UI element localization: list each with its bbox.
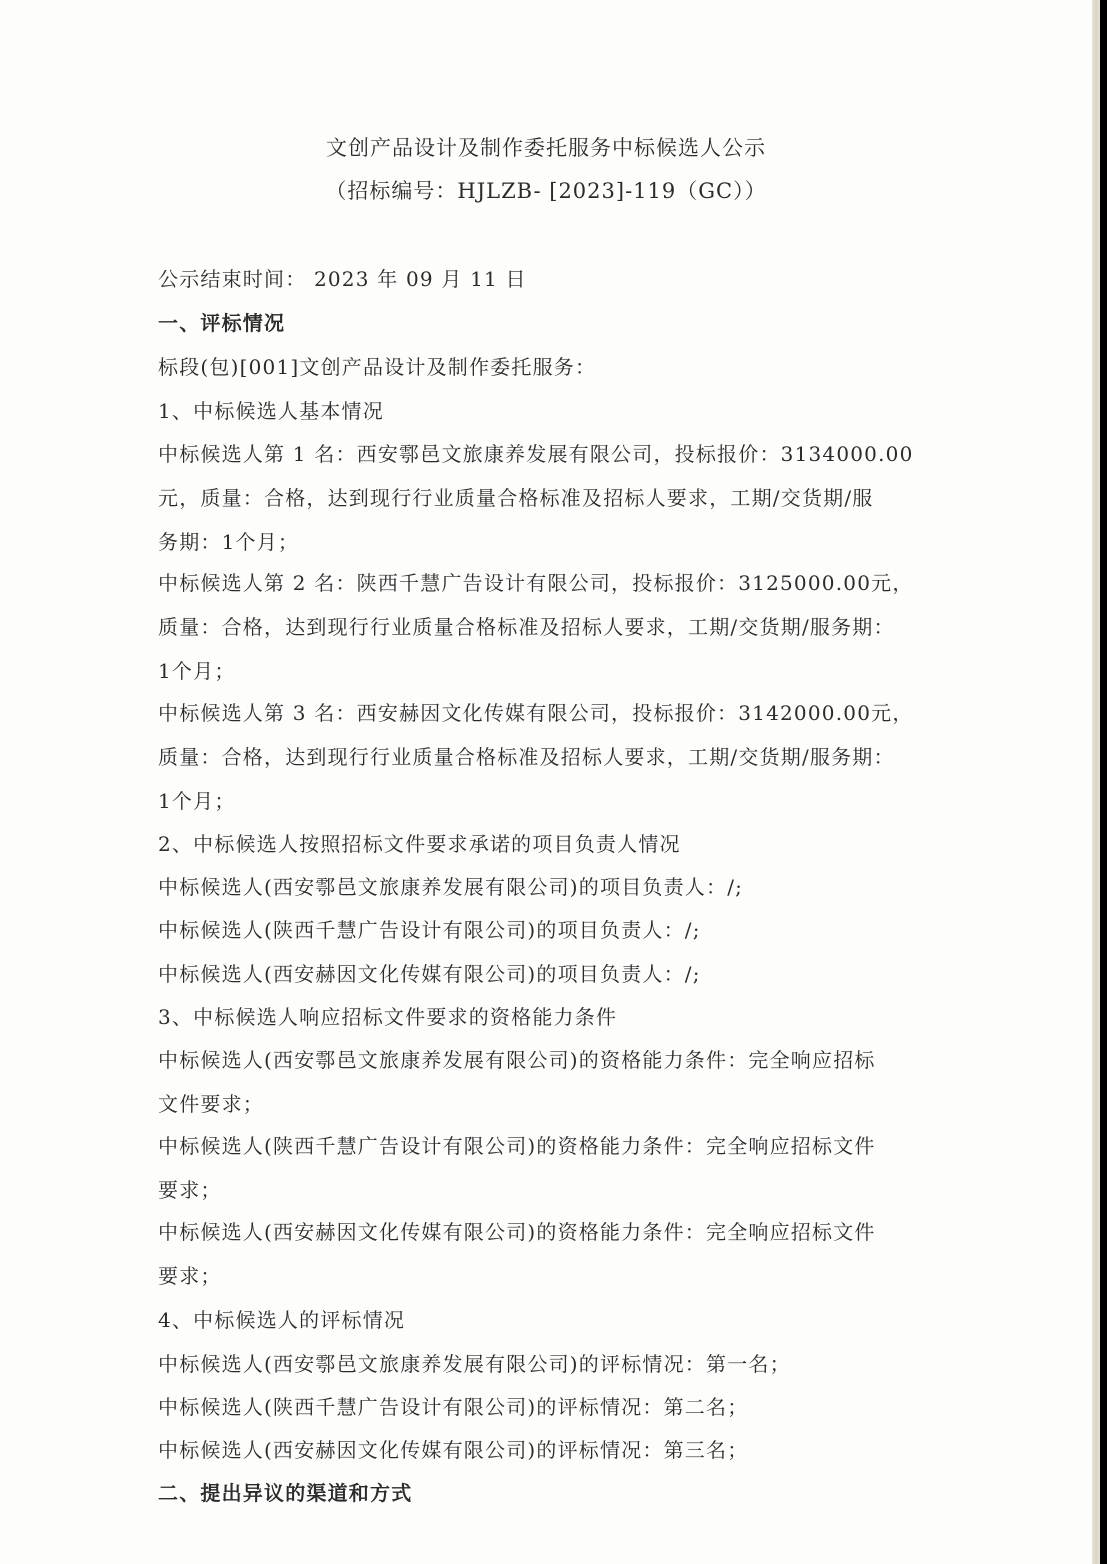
scan-page-edge (1092, 0, 1100, 1564)
candidate-2-line2: 质量：合格，达到现行行业质量合格标准及招标人要求，工期/交货期/服务期： (158, 611, 895, 640)
qualification-3-line1: 中标候选人(西安赫因文化传媒有限公司)的资格能力条件：完全响应招标文件 (158, 1216, 876, 1245)
scanned-page: 文创产品设计及制作委托服务中标候选人公示 （招标编号：HJLZB- [2023]… (0, 0, 1092, 1564)
sub1-heading: 1、中标候选人基本情况 (158, 395, 384, 424)
publicity-end-time: 公示结束时间： 2023 年 09 月 11 日 (158, 263, 527, 292)
evaluation-3: 中标候选人(西安赫因文化传媒有限公司)的评标情况：第三名； (158, 1434, 748, 1463)
candidate-3-line2: 质量：合格，达到现行行业质量合格标准及招标人要求，工期/交货期/服务期： (158, 741, 895, 770)
lot-line: 标段(包)[001]文创产品设计及制作委托服务： (158, 351, 596, 380)
qualification-1-line2: 文件要求； (158, 1088, 264, 1117)
qualification-2-line2: 要求； (158, 1174, 222, 1203)
candidate-1-line2: 元，质量：合格，达到现行行业质量合格标准及招标人要求，工期/交货期/服 (158, 482, 873, 511)
project-leader-1: 中标候选人(西安鄠邑文旅康养发展有限公司)的项目负责人：/; (158, 871, 743, 900)
project-leader-3: 中标候选人(西安赫因文化传媒有限公司)的项目负责人：/; (158, 958, 701, 987)
candidate-2-line3: 1个月； (158, 655, 236, 684)
section1-heading: 一、评标情况 (158, 307, 285, 336)
evaluation-2: 中标候选人(陕西千慧广告设计有限公司)的评标情况：第二名； (158, 1391, 748, 1420)
candidate-2-line1: 中标候选人第 2 名：陕西千慧广告设计有限公司，投标报价：3125000.00元… (158, 567, 914, 596)
sub3-heading: 3、中标候选人响应招标文件要求的资格能力条件 (158, 1001, 617, 1030)
candidate-3-line1: 中标候选人第 3 名：西安赫因文化传媒有限公司，投标报价：3142000.00元… (158, 697, 914, 726)
tender-number: （招标编号：HJLZB- [2023]-119（GC）） (0, 175, 1092, 205)
sub2-heading: 2、中标候选人按照招标文件要求承诺的项目负责人情况 (158, 828, 681, 857)
project-leader-2: 中标候选人(陕西千慧广告设计有限公司)的项目负责人：/; (158, 914, 701, 943)
qualification-3-line2: 要求； (158, 1260, 222, 1289)
section2-heading: 二、提出异议的渠道和方式 (158, 1477, 412, 1506)
scan-border (1100, 0, 1107, 1564)
candidate-1-line3: 务期：1个月； (158, 526, 299, 555)
qualification-1-line1: 中标候选人(西安鄠邑文旅康养发展有限公司)的资格能力条件：完全响应招标 (158, 1044, 876, 1073)
document-title: 文创产品设计及制作委托服务中标候选人公示 (0, 132, 1092, 162)
candidate-3-line3: 1个月； (158, 785, 236, 814)
qualification-2-line1: 中标候选人(陕西千慧广告设计有限公司)的资格能力条件：完全响应招标文件 (158, 1130, 876, 1159)
evaluation-1: 中标候选人(西安鄠邑文旅康养发展有限公司)的评标情况：第一名； (158, 1348, 791, 1377)
sub4-heading: 4、中标候选人的评标情况 (158, 1304, 405, 1333)
candidate-1-line1: 中标候选人第 1 名：西安鄠邑文旅康养发展有限公司，投标报价：3134000.0… (158, 438, 914, 467)
